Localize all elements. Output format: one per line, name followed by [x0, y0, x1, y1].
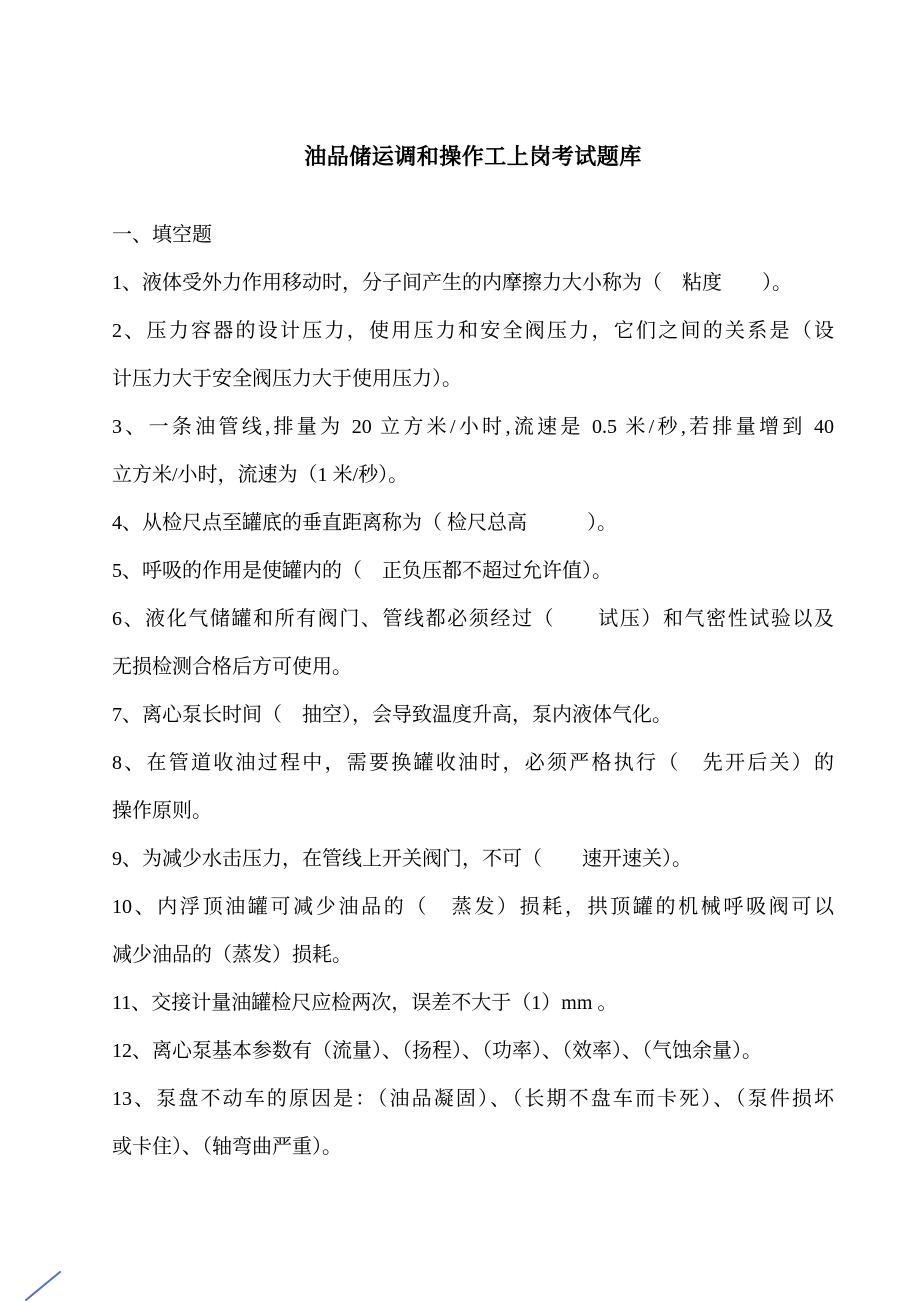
corner-pen-mark-stroke: [26, 1272, 60, 1300]
document-page: 油品储运调和操作工上岗考试题库 一、填空题 1、液体受外力作用移动时，分子间产生…: [0, 0, 920, 1302]
question-13-line-1: 13、泵盘不动车的原因是：（油品凝固）、（长期不盘车而卡死）、（泵件损坏: [112, 1075, 834, 1123]
question-7-line-1: 7、离心泵长时间（ 抽空），会导致温度升高，泵内液体气化。: [112, 691, 834, 739]
question-10-line-2: 减少油品的（蒸发）损耗。: [112, 931, 834, 979]
question-2-line-2: 计压力大于安全阀压力大于使用压力）。: [112, 355, 834, 403]
question-1-line-1: 1、液体受外力作用移动时，分子间产生的内摩擦力大小称为（ 粘度 ）。: [112, 259, 834, 307]
question-6-line-1: 6、液化气储罐和所有阀门、管线都必须经过（ 试压）和气密性试验以及: [112, 595, 834, 643]
question-6-line-2: 无损检测合格后方可使用。: [112, 643, 834, 691]
question-4-line-1: 4、从检尺点至罐底的垂直距离称为（ 检尺总高 ）。: [112, 499, 834, 547]
question-8-line-1: 8、在管道收油过程中，需要换罐收油时，必须严格执行（ 先开后关）的: [112, 739, 834, 787]
question-12-line-1: 12、离心泵基本参数有（流量）、（扬程）、（功率）、（效率）、（气蚀余量）。: [112, 1027, 834, 1075]
question-9-line-1: 9、为减少水击压力，在管线上开关阀门，不可（ 速开速关）。: [112, 835, 834, 883]
question-2-line-1: 2、压力容器的设计压力，使用压力和安全阀压力，它们之间的关系是（设: [112, 307, 834, 355]
section-heading: 一、填空题: [112, 211, 834, 259]
corner-pen-mark: [18, 1266, 78, 1302]
question-8-line-2: 操作原则。: [112, 787, 834, 835]
question-list: 一、填空题 1、液体受外力作用移动时，分子间产生的内摩擦力大小称为（ 粘度 ）。…: [112, 211, 834, 1171]
question-3-line-1: 3、一条油管线,排量为 20 立方米/小时,流速是 0.5 米/秒,若排量增到 …: [112, 403, 834, 451]
document-title: 油品储运调和操作工上岗考试题库: [112, 141, 834, 173]
question-5-line-1: 5、呼吸的作用是使罐内的（ 正负压都不超过允许值）。: [112, 547, 834, 595]
question-13-line-2: 或卡住）、（轴弯曲严重）。: [112, 1123, 834, 1171]
question-3-line-2: 立方米/小时，流速为（1 米/秒）。: [112, 451, 834, 499]
question-10-line-1: 10、内浮顶油罐可减少油品的（ 蒸发）损耗，拱顶罐的机械呼吸阀可以: [112, 883, 834, 931]
question-11-line-1: 11、交接计量油罐检尺应检两次，误差不大于（1）mm 。: [112, 979, 834, 1027]
